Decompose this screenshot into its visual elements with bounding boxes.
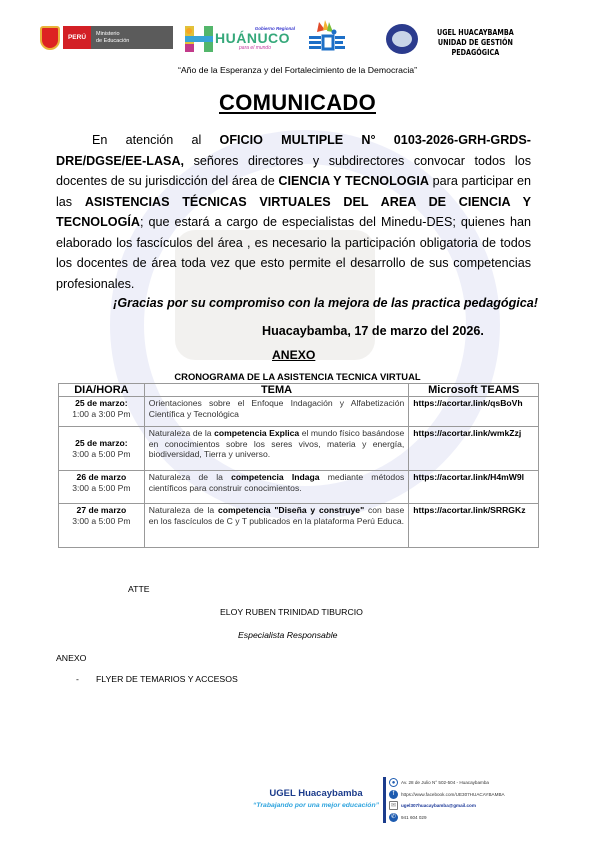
contact-email: ✉ugel307huacaybamba@gmail.com (389, 800, 505, 812)
col-header-tema: TEMA (144, 384, 409, 397)
table-row: 25 de marzo:3:00 a 5:00 Pm Naturaleza de… (59, 427, 539, 471)
col-header-teams: Microsoft TEAMS (409, 384, 539, 397)
cell-tema: Naturaleza de la competencia Indaga medi… (144, 471, 409, 504)
table-header-row: DIA/HORA TEMA Microsoft TEAMS (59, 384, 539, 397)
cell-tema: Naturaleza de la competencia Explica el … (144, 427, 409, 471)
attachment-item: -FLYER DE TEMARIOS Y ACCESOS (76, 674, 238, 684)
teams-link[interactable]: https://acortar.link/qsBoVh (409, 397, 539, 427)
thanks-line: ¡Gracias por su compromiso con la mejora… (58, 296, 538, 310)
year-motto: “Año de la Esperanza y del Fortalecimien… (0, 65, 595, 75)
body-paragraph: En atención al OFICIO MULTIPLE N° 0103-2… (56, 130, 531, 294)
huanuco-logo: Gobierno Regional HUÁNUCO para el mundo (215, 26, 295, 54)
teams-link[interactable]: https://acortar.link/SRRGKz (409, 504, 539, 548)
phone-icon: ✆ (389, 813, 398, 822)
page-title: COMUNICADO (0, 90, 595, 116)
cell-dia: 25 de marzo:1:00 a 3:00 Pm (59, 397, 145, 427)
anexo-label: ANEXO (56, 653, 86, 663)
table-row: 27 de marzo3:00 a 5:00 Pm Naturaleza de … (59, 504, 539, 548)
atte-label: ATTE (128, 584, 150, 594)
teams-link[interactable]: https://acortar.link/H4mW9l (409, 471, 539, 504)
peru-logo: PERÚ (63, 26, 91, 49)
date-line: Huacaybamba, 17 de marzo del 2026. (262, 324, 484, 338)
dre-logo (307, 18, 347, 52)
schedule-title: CRONOGRAMA DE LA ASISTENCIA TECNICA VIRT… (0, 371, 595, 382)
footer-contacts: ●Av. 28 de Julio N° 502-504 - Huacaybamb… (389, 777, 505, 823)
contact-phone: ✆941 604 029 (389, 812, 505, 824)
location-icon: ● (389, 778, 398, 787)
huanuco-h-logo (184, 24, 214, 53)
cell-tema: Naturaleza de la competencia "Diseña y c… (144, 504, 409, 548)
ugel-seal-logo (386, 24, 418, 54)
table-row: 25 de marzo:1:00 a 3:00 Pm Orientaciones… (59, 397, 539, 427)
cell-dia: 26 de marzo3:00 a 5:00 Pm (59, 471, 145, 504)
cell-tema: Orientaciones sobre el Enfoque Indagació… (144, 397, 409, 427)
schedule-table: DIA/HORA TEMA Microsoft TEAMS 25 de marz… (58, 383, 539, 548)
signer-role: Especialista Responsable (238, 630, 337, 640)
ugel-header-text: UGEL HUACAYBAMBA UNIDAD DE GESTIÓN PEDAG… (418, 28, 533, 58)
footer-brand: UGEL Huacaybamba “Trabajando por una mej… (250, 788, 382, 809)
footer-divider (383, 777, 386, 823)
cell-dia: 25 de marzo:3:00 a 5:00 Pm (59, 427, 145, 471)
signer-name: ELOY RUBEN TRINIDAD TIBURCIO (220, 607, 363, 617)
contact-facebook: fhttps://www.facebook.com/UE307HUACAYBAM… (389, 789, 505, 801)
facebook-icon: f (389, 790, 398, 799)
contact-address: ●Av. 28 de Julio N° 502-504 - Huacaybamb… (389, 777, 505, 789)
minedu-logo: Ministerio de Educación (91, 26, 173, 49)
peru-coat-of-arms-logo (40, 26, 60, 50)
teams-link[interactable]: https://acortar.link/wmkZzj (409, 427, 539, 471)
col-header-dia: DIA/HORA (59, 384, 145, 397)
table-row: 26 de marzo3:00 a 5:00 Pm Naturaleza de … (59, 471, 539, 504)
email-icon: ✉ (389, 801, 398, 810)
cell-dia: 27 de marzo3:00 a 5:00 Pm (59, 504, 145, 548)
anexo-heading: ANEXO (272, 348, 315, 362)
